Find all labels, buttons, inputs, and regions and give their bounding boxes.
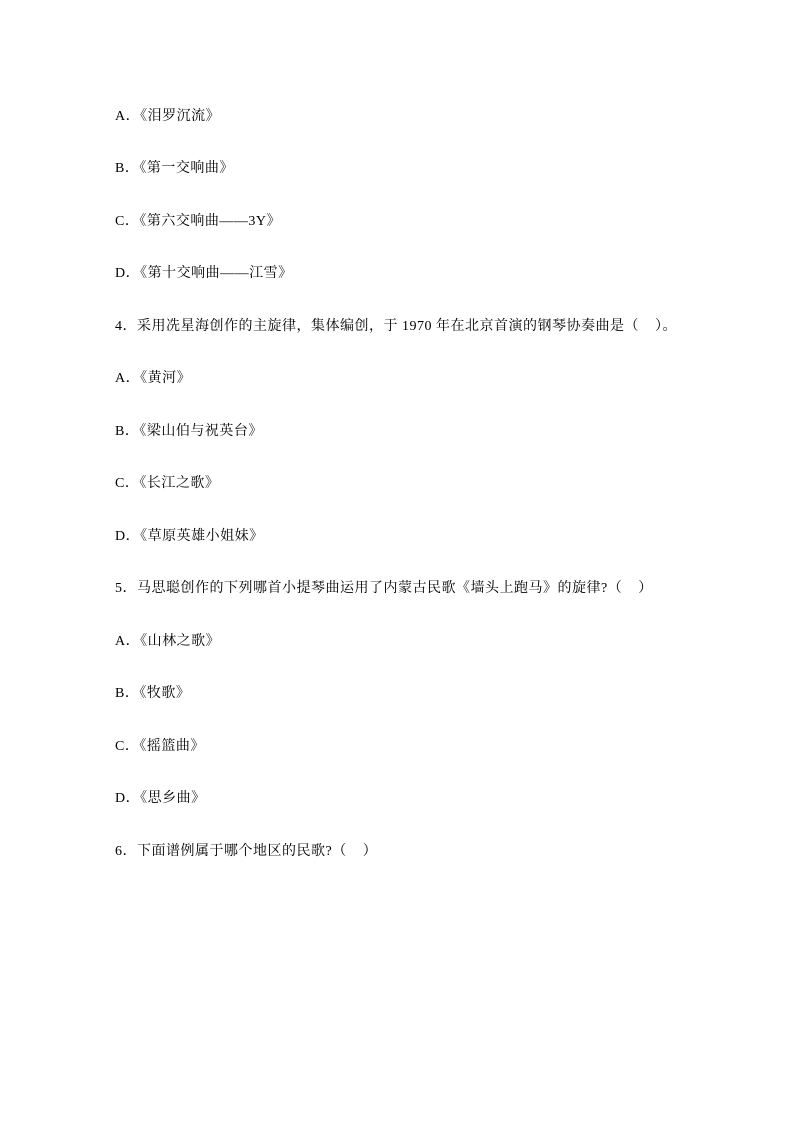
option-text: 《梁山伯与祝英台》 (139, 424, 263, 439)
question-number: 6． (115, 844, 137, 859)
question-stem: 马思聪创作的下列哪首小提琴曲运用了内蒙古民歌《墙头上跑马》的旋律?（ ） (137, 581, 653, 596)
option-text: 《泪罗沉流》 (140, 109, 220, 124)
option-text: 《第十交响曲——江雪》 (140, 266, 293, 281)
option-text: 《第六交响曲——3Y》 (139, 214, 281, 229)
question-stem-line: 5．马思聪创作的下列哪首小提琴曲运用了内蒙古民歌《墙头上跑马》的旋律?（ ） (115, 582, 653, 596)
option-line: A．《泪罗沉流》 (115, 110, 220, 124)
option-text: 《第一交响曲》 (139, 161, 234, 176)
option-label: A． (115, 634, 140, 649)
option-text: 《思乡曲》 (140, 791, 206, 806)
option-line: C．《第六交响曲——3Y》 (115, 215, 281, 229)
option-text: 《摇篮曲》 (139, 739, 205, 754)
option-line: C．《长江之歌》 (115, 477, 219, 491)
option-line: A．《黄河》 (115, 372, 191, 386)
option-label: A． (115, 371, 140, 386)
option-label: B． (115, 686, 139, 701)
option-line: C．《摇篮曲》 (115, 740, 205, 754)
option-text: 《牧歌》 (139, 686, 190, 701)
option-label: D． (115, 791, 140, 806)
question-stem: 下面谱例属于哪个地区的民歌?（ ） (137, 844, 377, 859)
option-line: B．《梁山伯与祝英台》 (115, 425, 263, 439)
option-text: 《黄河》 (140, 371, 191, 386)
option-label: B． (115, 161, 139, 176)
option-line: D．《思乡曲》 (115, 792, 206, 806)
option-text: 《山林之歌》 (140, 634, 220, 649)
option-line: B．《牧歌》 (115, 687, 190, 701)
option-label: C． (115, 214, 139, 229)
option-text: 《长江之歌》 (139, 476, 219, 491)
option-line: A．《山林之歌》 (115, 635, 220, 649)
option-line: D．《草原英雄小姐妹》 (115, 530, 264, 544)
option-line: D．《第十交响曲——江雪》 (115, 267, 293, 281)
option-label: D． (115, 529, 140, 544)
option-label: B． (115, 424, 139, 439)
question-stem: 采用冼星海创作的主旋律，集体编创，于 1970 年在北京首演的钢琴协奏曲是（ ）… (137, 319, 677, 334)
question-number: 5． (115, 581, 137, 596)
option-label: C． (115, 476, 139, 491)
document-page: A．《泪罗沉流》 B．《第一交响曲》 C．《第六交响曲——3Y》 D．《第十交响… (0, 0, 794, 1123)
option-label: A． (115, 109, 140, 124)
option-label: D． (115, 266, 140, 281)
option-label: C． (115, 739, 139, 754)
question-stem-line: 6．下面谱例属于哪个地区的民歌?（ ） (115, 845, 377, 859)
option-text: 《草原英雄小姐妹》 (140, 529, 264, 544)
question-number: 4． (115, 319, 137, 334)
option-line: B．《第一交响曲》 (115, 162, 234, 176)
question-stem-line: 4．采用冼星海创作的主旋律，集体编创，于 1970 年在北京首演的钢琴协奏曲是（… (115, 320, 677, 334)
